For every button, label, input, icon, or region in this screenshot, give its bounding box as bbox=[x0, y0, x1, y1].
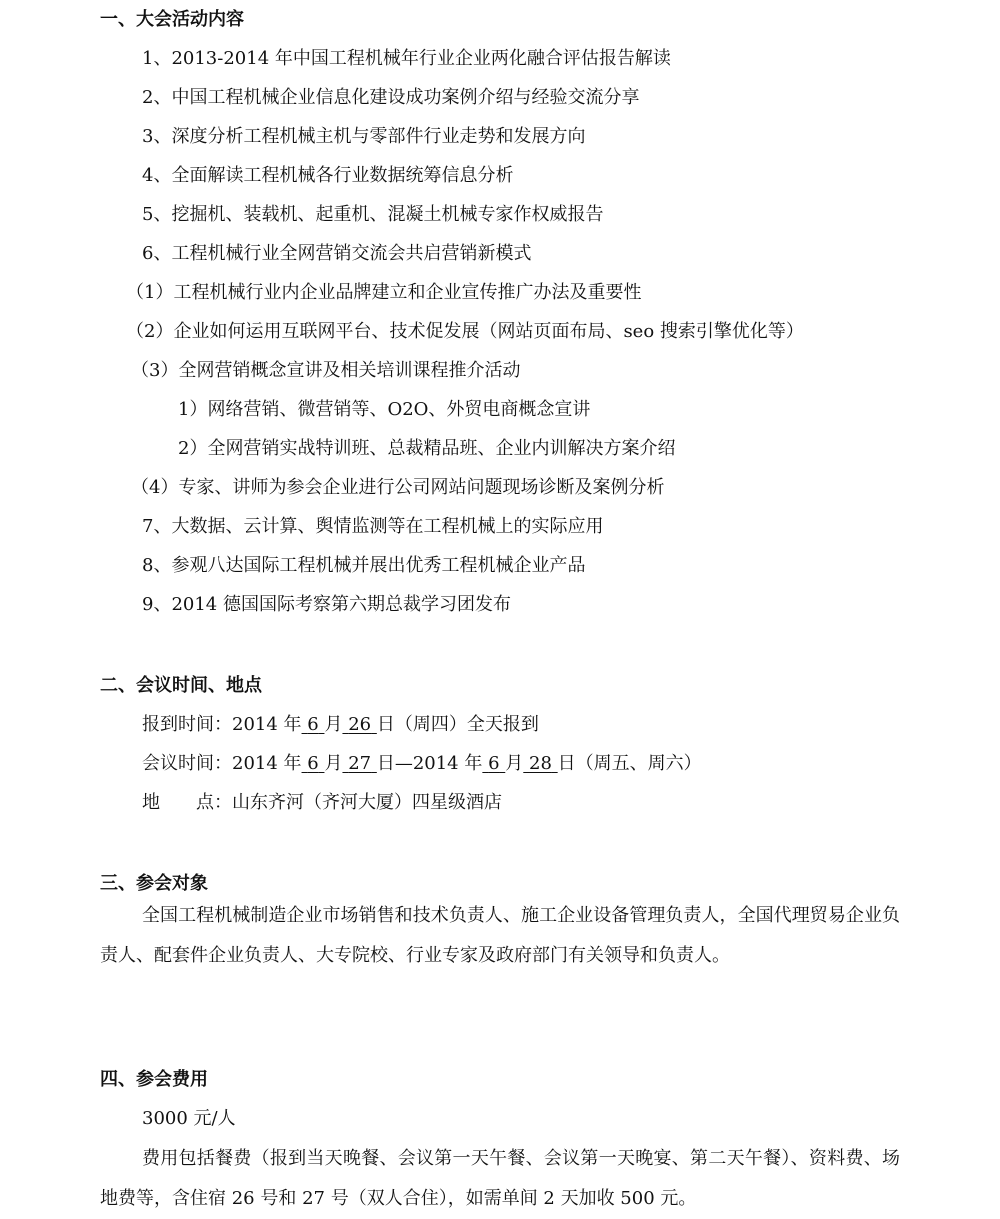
fee-price: 3000 元/人 bbox=[142, 1107, 236, 1131]
list-item: 6、工程机械行业全网营销交流会共启营销新模式 bbox=[142, 242, 531, 266]
location-value: 山东齐河（齐河大厦）四星级酒店 bbox=[232, 792, 502, 813]
meeting-time: 会议时间：2014 年 6 月 27 日—2014 年 6 月 28 日（周五、… bbox=[142, 752, 702, 776]
list-item: 2）全网营销实战特训班、总裁精品班、企业内训解决方案介绍 bbox=[178, 437, 675, 461]
section-heading-activities: 一、大会活动内容 bbox=[100, 8, 244, 32]
attendees-paragraph: 全国工程机械制造企业市场销售和技术负责人、施工企业设备管理负责人，全国代理贸易企… bbox=[100, 896, 900, 976]
month-suffix: 月 bbox=[505, 753, 523, 774]
meeting-label: 会议时间： bbox=[142, 753, 232, 774]
registration-rest: 日（周四）全天报到 bbox=[377, 714, 539, 735]
meeting-separator: 日—2014 年 bbox=[377, 753, 483, 774]
list-item: 9、2014 德国国际考察第六期总裁学习团发布 bbox=[142, 593, 511, 617]
list-item: 8、参观八达国际工程机械并展出优秀工程机械企业产品 bbox=[142, 554, 585, 578]
list-item: （2）企业如何运用互联网平台、技术促发展（网站页面布局、seo 搜索引擎优化等） bbox=[126, 320, 804, 344]
month-suffix: 月 bbox=[324, 753, 342, 774]
list-item: 5、挖掘机、装载机、起重机、混凝土机械专家作权威报告 bbox=[142, 203, 603, 227]
registration-year: 2014 年 bbox=[232, 714, 302, 735]
list-item: 4、全面解读工程机械各行业数据统筹信息分析 bbox=[142, 164, 513, 188]
list-item: 1）网络营销、微营销等、O2O、外贸电商概念宣讲 bbox=[178, 398, 590, 422]
meeting-day-end: 28 bbox=[523, 753, 557, 774]
list-item: 3、深度分析工程机械主机与零部件行业走势和发展方向 bbox=[142, 125, 585, 149]
list-item: （3）全网营销概念宣讲及相关培训课程推介活动 bbox=[131, 359, 520, 383]
registration-time: 报到时间：2014 年 6 月 26 日（周四）全天报到 bbox=[142, 713, 539, 737]
section-heading-attendees: 三、参会对象 bbox=[100, 872, 208, 896]
registration-month: 6 bbox=[302, 714, 325, 735]
meeting-location: 地 点：山东齐河（齐河大厦）四星级酒店 bbox=[142, 791, 502, 815]
month-suffix: 月 bbox=[324, 714, 342, 735]
meeting-month-start: 6 bbox=[302, 753, 325, 774]
list-item: 1、2013-2014 年中国工程机械年行业企业两化融合评估报告解读 bbox=[142, 47, 671, 71]
registration-day: 26 bbox=[342, 714, 376, 735]
list-item: 2、中国工程机械企业信息化建设成功案例介绍与经验交流分享 bbox=[142, 86, 639, 110]
registration-label: 报到时间： bbox=[142, 714, 232, 735]
list-item: （1）工程机械行业内企业品牌建立和企业宣传推广办法及重要性 bbox=[126, 281, 641, 305]
meeting-month-end: 6 bbox=[482, 753, 505, 774]
meeting-rest: 日（周五、周六） bbox=[558, 753, 702, 774]
fee-details-paragraph: 费用包括餐费（报到当天晚餐、会议第一天午餐、会议第一天晚宴、第二天午餐）、资料费… bbox=[100, 1139, 900, 1219]
section-heading-fees: 四、参会费用 bbox=[100, 1068, 208, 1092]
meeting-year-start: 2014 年 bbox=[232, 753, 302, 774]
location-label: 地 点： bbox=[142, 792, 232, 813]
list-item: （4）专家、讲师为参会企业进行公司网站问题现场诊断及案例分析 bbox=[131, 476, 664, 500]
meeting-day-start: 27 bbox=[342, 753, 376, 774]
list-item: 7、大数据、云计算、舆情监测等在工程机械上的实际应用 bbox=[142, 515, 603, 539]
section-heading-time-location: 二、会议时间、地点 bbox=[100, 674, 262, 698]
